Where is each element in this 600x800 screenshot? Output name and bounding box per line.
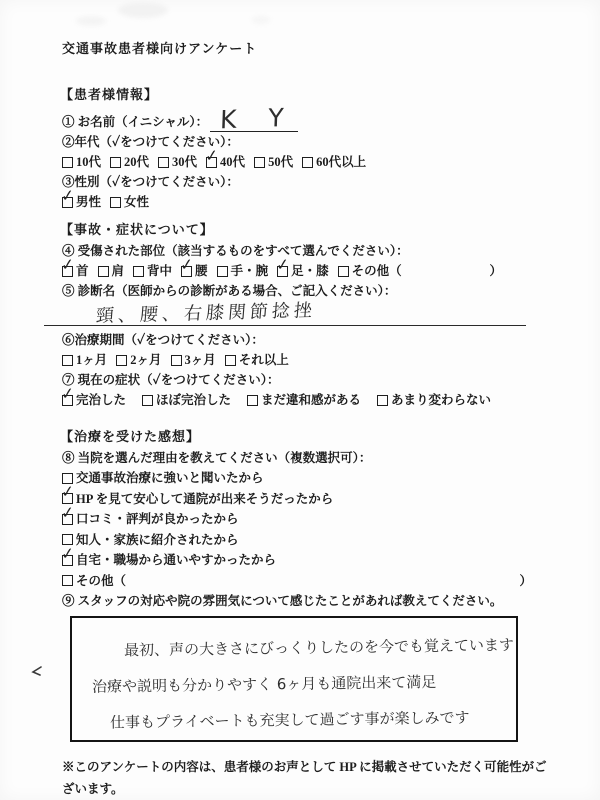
option-label: 知人・家族に紹介されたから — [76, 530, 239, 550]
option-label: 自宅・職場から通いやすかったから — [76, 550, 276, 570]
initials-handwriting: K Y — [220, 103, 297, 135]
checkbox-option[interactable]: ✓2ヶ月 — [116, 350, 161, 370]
checkbox-option[interactable]: ✓足・膝 — [277, 261, 329, 281]
q8-option-row: ✓知人・家族に紹介されたから — [62, 530, 548, 550]
check-icon: ✓ — [179, 256, 194, 273]
q8-label: ⑧ 当院を選んだ理由を教えてください（複数選択可）： — [62, 448, 548, 468]
diagnosis-field[interactable]: 頸、腰、右膝関節捻挫 — [44, 301, 526, 326]
checkbox[interactable]: ✓ — [62, 514, 73, 525]
q8-option-row: ✓自宅・職場から通いやすかったから — [62, 550, 548, 570]
checkbox[interactable]: ✓ — [110, 157, 121, 168]
checkbox[interactable]: ✓ — [254, 157, 265, 168]
checkbox-option[interactable]: ✓ほぼ完治した — [142, 390, 231, 410]
comment-field[interactable]: 最初、声の大きさにびっくりしたのを今でも覚えています 治療や説明も分かりやすく … — [70, 616, 518, 742]
checkbox[interactable]: ✓ — [302, 157, 313, 168]
check-icon: ✓ — [275, 256, 290, 273]
checkbox[interactable]: ✓ — [225, 355, 236, 366]
comment-handwriting-line: 治療や説明も分かりやすく 6ヶ月も通院出来て満足 — [72, 663, 516, 705]
checkbox[interactable]: ✓ — [110, 197, 121, 208]
check-icon: ✓ — [60, 504, 75, 521]
scan-smudge — [252, 16, 270, 24]
option-label: 30代 — [172, 152, 197, 172]
checkbox-option[interactable]: ✓完治した — [62, 390, 126, 410]
option-label: まだ違和感がある — [261, 390, 361, 410]
footer-note: ※このアンケートの内容は、患者様のお声として HP に掲載させていただく可能性が… — [62, 756, 556, 800]
checkbox-option[interactable]: ✓40代 — [206, 152, 245, 172]
check-icon: ✓ — [60, 545, 75, 562]
other-close-paren: ） — [519, 571, 532, 591]
option-label: 肩 — [112, 261, 125, 281]
form-title: 交通事故患者様向けアンケート — [62, 38, 548, 57]
q1-label: ① お名前（イニシャル）： — [62, 112, 208, 132]
checkbox[interactable]: ✓ — [62, 157, 73, 168]
checkbox-option[interactable]: ✓肩 — [98, 261, 125, 281]
checkbox[interactable]: ✓ — [181, 266, 192, 277]
checkbox-option[interactable]: ✓自宅・職場から通いやすかったから — [62, 550, 276, 570]
checkbox[interactable]: ✓ — [62, 575, 73, 586]
section-heading-patient-info: 【患者様情報】 — [60, 84, 548, 103]
check-icon: ✓ — [60, 385, 75, 402]
checkbox-option[interactable]: ✓首 — [62, 261, 89, 281]
q9-label: ⑨ スタッフの対応や院の雰囲気について感じたことがあれば教えてください。 — [62, 591, 548, 611]
checkbox[interactable]: ✓ — [158, 157, 169, 168]
q8-option-row: ✓交通事故治療に強いと聞いたから — [62, 468, 548, 488]
option-label: 腰 — [195, 261, 208, 281]
q8-option-row: ✓口コミ・評判が良かったから — [62, 509, 548, 529]
q2-age-options: ✓10代 ✓20代 ✓30代 ✓40代 ✓50代 ✓60代以上 — [62, 152, 548, 172]
checkbox-option[interactable]: ✓1ヶ月 — [62, 350, 107, 370]
checkbox[interactable]: ✓ — [62, 395, 73, 406]
q6-label: ⑥治療期間（✓をつけてください）： — [62, 330, 548, 350]
checkbox[interactable]: ✓ — [142, 395, 153, 406]
checkbox[interactable]: ✓ — [98, 266, 109, 277]
checkbox-option[interactable]: ✓手・腕 — [217, 261, 269, 281]
questionnaire-page: 交通事故患者様向けアンケート 【患者様情報】 ① お名前（イニシャル）： K Y… — [0, 0, 600, 800]
checkbox[interactable]: ✓ — [62, 355, 73, 366]
q3-gender-options: ✓男性 ✓女性 — [62, 192, 548, 212]
other-close-paren: ） — [489, 261, 502, 281]
option-label: 手・腕 — [231, 261, 269, 281]
checkbox[interactable]: ✓ — [206, 157, 217, 168]
check-icon: ✓ — [60, 187, 75, 204]
option-label: 男性 — [76, 192, 101, 212]
section-heading-feedback: 【治療を受けた感想】 — [60, 426, 548, 445]
option-label: 口コミ・評判が良かったから — [76, 509, 239, 529]
check-icon: ✓ — [60, 256, 75, 273]
checkbox-option[interactable]: ✓女性 — [110, 192, 149, 212]
option-label: 40代 — [220, 152, 245, 172]
comment-handwriting-line: 仕事もプライベートも充実して過ごす事が楽しみです — [72, 699, 516, 741]
check-icon: ✓ — [204, 147, 219, 164]
diagnosis-handwriting: 頸、腰、右膝関節捻挫 — [95, 296, 317, 328]
comment-handwriting-line: 最初、声の大きさにびっくりしたのを今でも覚えています — [72, 627, 516, 669]
section-heading-accident: 【事故・症状について】 — [60, 219, 548, 238]
checkbox-option[interactable]: ✓背中 — [133, 261, 172, 281]
initials-field[interactable]: K Y — [210, 113, 298, 132]
checkbox[interactable]: ✓ — [116, 355, 127, 366]
question-name: ① お名前（イニシャル）： K Y — [62, 106, 548, 132]
q2-label: ②年代（✓をつけてください）： — [62, 132, 548, 152]
checkbox-option[interactable]: ✓まだ違和感がある — [247, 390, 361, 410]
option-label: 首 — [76, 261, 89, 281]
checkbox[interactable]: ✓ — [133, 266, 144, 277]
checkbox-option[interactable]: ✓10代 — [62, 152, 101, 172]
option-label: 交通事故治療に強いと聞いたから — [76, 468, 264, 488]
checkbox-option[interactable]: ✓あまり変わらない — [377, 390, 491, 410]
option-label: 完治した — [76, 390, 126, 410]
checkbox-option[interactable]: ✓HP を見て安心して通院が出来そうだったから — [62, 489, 333, 509]
option-label: その他（ — [352, 261, 402, 281]
checkbox-option[interactable]: ✓20代 — [110, 152, 149, 172]
checkbox-option-other[interactable]: ✓その他（ — [62, 571, 126, 591]
option-label: HP を見て安心して通院が出来そうだったから — [76, 489, 333, 509]
checkbox-option[interactable]: ✓知人・家族に紹介されたから — [62, 530, 239, 550]
scan-smudge — [118, 2, 168, 18]
q8-option-row: ✓その他（） — [62, 571, 532, 591]
q7-symptom-options: ✓完治した ✓ほぼ完治した ✓まだ違和感がある ✓あまり変わらない — [62, 390, 548, 410]
option-label: 背中 — [147, 261, 172, 281]
q7-label: ⑦ 現在の症状（✓をつけてください）： — [62, 370, 548, 390]
checkbox-option[interactable]: ✓それ以上 — [225, 350, 289, 370]
q6-duration-options: ✓1ヶ月 ✓2ヶ月 ✓3ヶ月 ✓それ以上 — [62, 350, 548, 370]
checkbox-option[interactable]: ✓50代 — [254, 152, 293, 172]
q4-label: ④ 受傷された部位（該当するものをすべて選んでください）： — [62, 241, 548, 261]
checkbox-option-other[interactable]: ✓その他（ — [338, 261, 402, 281]
checkbox[interactable]: ✓ — [171, 355, 182, 366]
checkbox[interactable]: ✓ — [62, 555, 73, 566]
checkbox-option[interactable]: ✓交通事故治療に強いと聞いたから — [62, 468, 264, 488]
checkbox[interactable]: ✓ — [277, 266, 288, 277]
q8-option-row: ✓HP を見て安心して通院が出来そうだったから — [62, 489, 548, 509]
checkbox[interactable]: ✓ — [377, 395, 388, 406]
option-label: その他（ — [76, 571, 126, 591]
checkbox-option[interactable]: ✓口コミ・評判が良かったから — [62, 509, 239, 529]
checkbox-option[interactable]: ✓腰 — [181, 261, 208, 281]
option-label: 60代以上 — [316, 152, 366, 172]
checkbox-option[interactable]: ✓60代以上 — [302, 152, 366, 172]
option-label: 10代 — [76, 152, 101, 172]
option-label: ほぼ完治した — [156, 390, 231, 410]
checkbox[interactable]: ✓ — [62, 266, 73, 277]
option-label: 50代 — [268, 152, 293, 172]
checkbox[interactable]: ✓ — [338, 266, 349, 277]
scan-smudge — [76, 16, 106, 26]
check-icon: ✓ — [60, 483, 75, 500]
option-label: それ以上 — [239, 350, 289, 370]
stray-pen-mark-icon — [30, 666, 44, 678]
checkbox[interactable]: ✓ — [217, 266, 228, 277]
checkbox[interactable]: ✓ — [62, 197, 73, 208]
option-label: 足・膝 — [291, 261, 329, 281]
q4-bodypart-options: ✓首 ✓肩 ✓背中 ✓腰 ✓手・腕 ✓足・膝 ✓その他（ ） — [62, 261, 502, 281]
checkbox-option[interactable]: ✓30代 — [158, 152, 197, 172]
checkbox-option[interactable]: ✓男性 — [62, 192, 101, 212]
option-label: 3ヶ月 — [185, 350, 216, 370]
option-label: 20代 — [124, 152, 149, 172]
option-label: あまり変わらない — [391, 390, 491, 410]
q3-label: ③性別（✓をつけてください）： — [62, 172, 548, 192]
option-label: 女性 — [124, 192, 149, 212]
checkbox[interactable]: ✓ — [247, 395, 258, 406]
option-label: 1ヶ月 — [76, 350, 107, 370]
checkbox-option[interactable]: ✓3ヶ月 — [171, 350, 216, 370]
option-label: 2ヶ月 — [130, 350, 161, 370]
